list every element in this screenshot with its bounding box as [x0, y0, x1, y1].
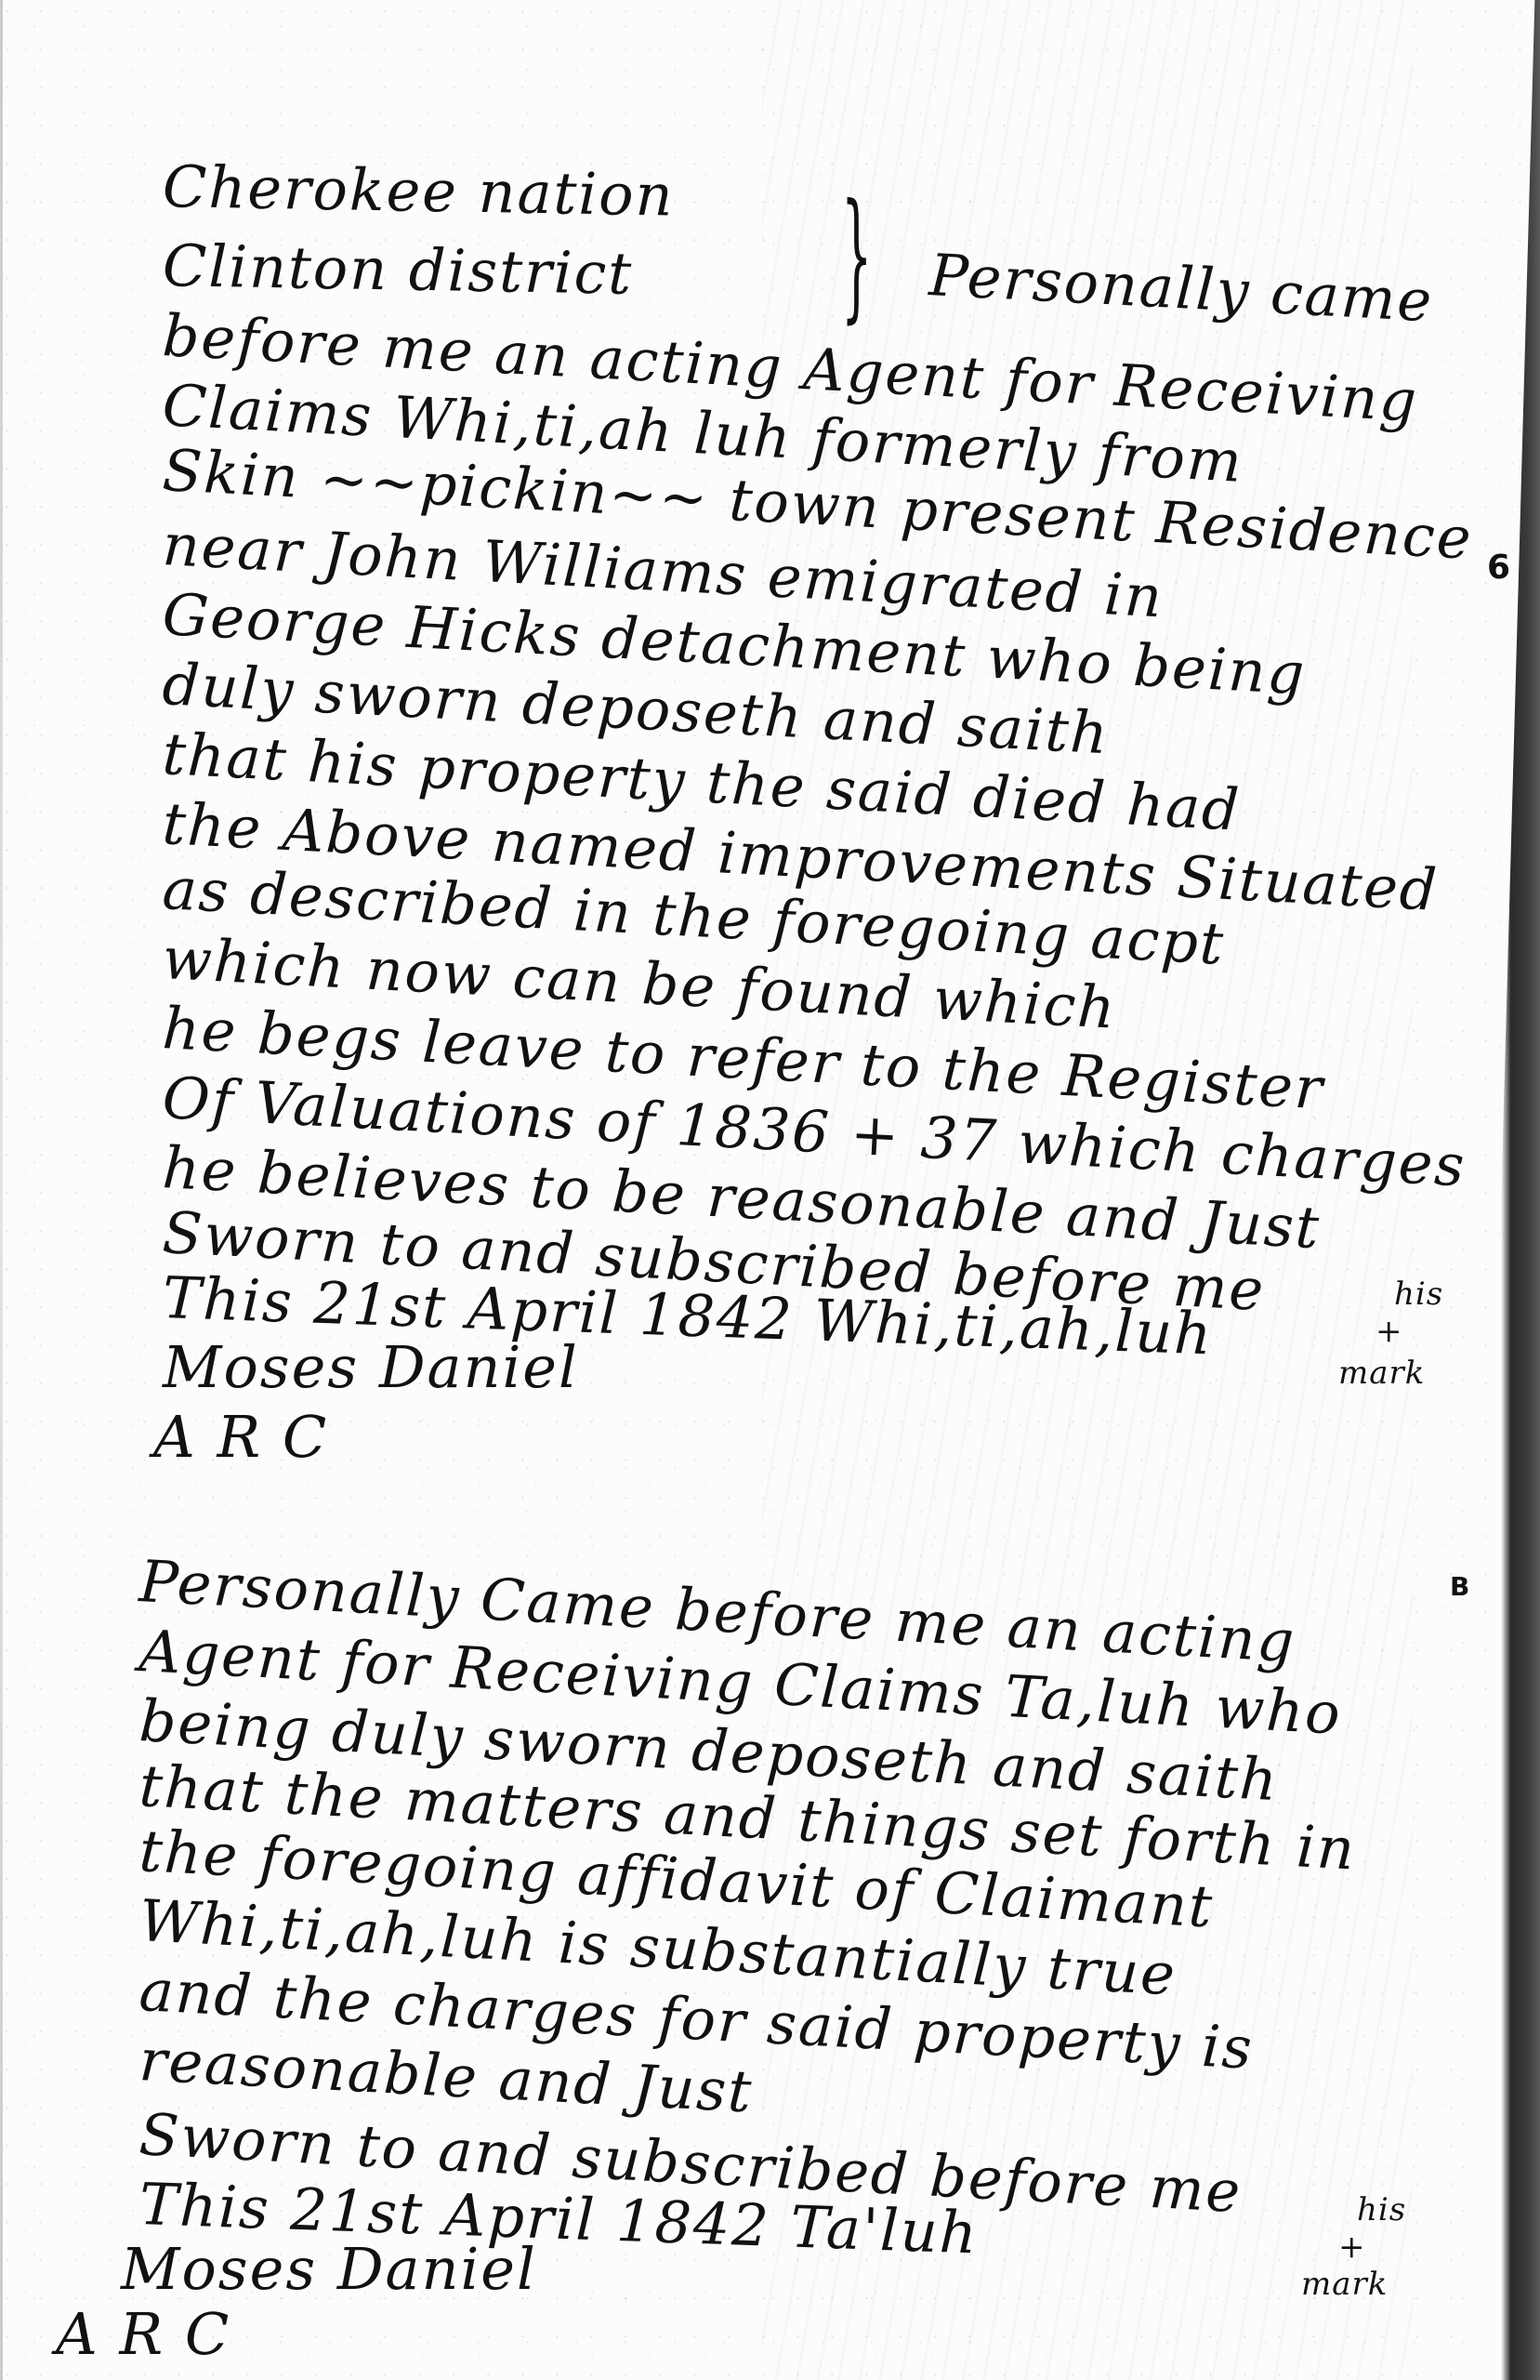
page-left-edge [0, 0, 3, 2380]
affidavit-line: Personally came [928, 246, 1434, 330]
signatory-name: Moses Daniel [163, 1339, 579, 1396]
mark-his: his [1394, 1278, 1443, 1310]
binding-edge-shadow [1475, 0, 1540, 2380]
mark-label: mark [1338, 1357, 1425, 1389]
margin-mark-middle: B [1450, 1571, 1469, 1602]
header-district: Clinton district [162, 237, 633, 303]
mark-label: mark [1301, 2268, 1388, 2300]
mark-x: + [1375, 1316, 1403, 1347]
margin-mark-top: 6 [1487, 549, 1510, 587]
mark-his: his [1357, 2194, 1406, 2226]
header-nation: Cherokee nation [162, 158, 675, 225]
header-brace: } [841, 186, 872, 325]
signatory-name: Moses Daniel [121, 2241, 537, 2298]
signatory-initials: A R C [153, 1408, 328, 1466]
mark-x: + [1338, 2231, 1366, 2263]
scanned-document-page: Cherokee nation Clinton district } Perso… [0, 0, 1540, 2380]
signatory-initials: A R C [56, 2306, 230, 2363]
